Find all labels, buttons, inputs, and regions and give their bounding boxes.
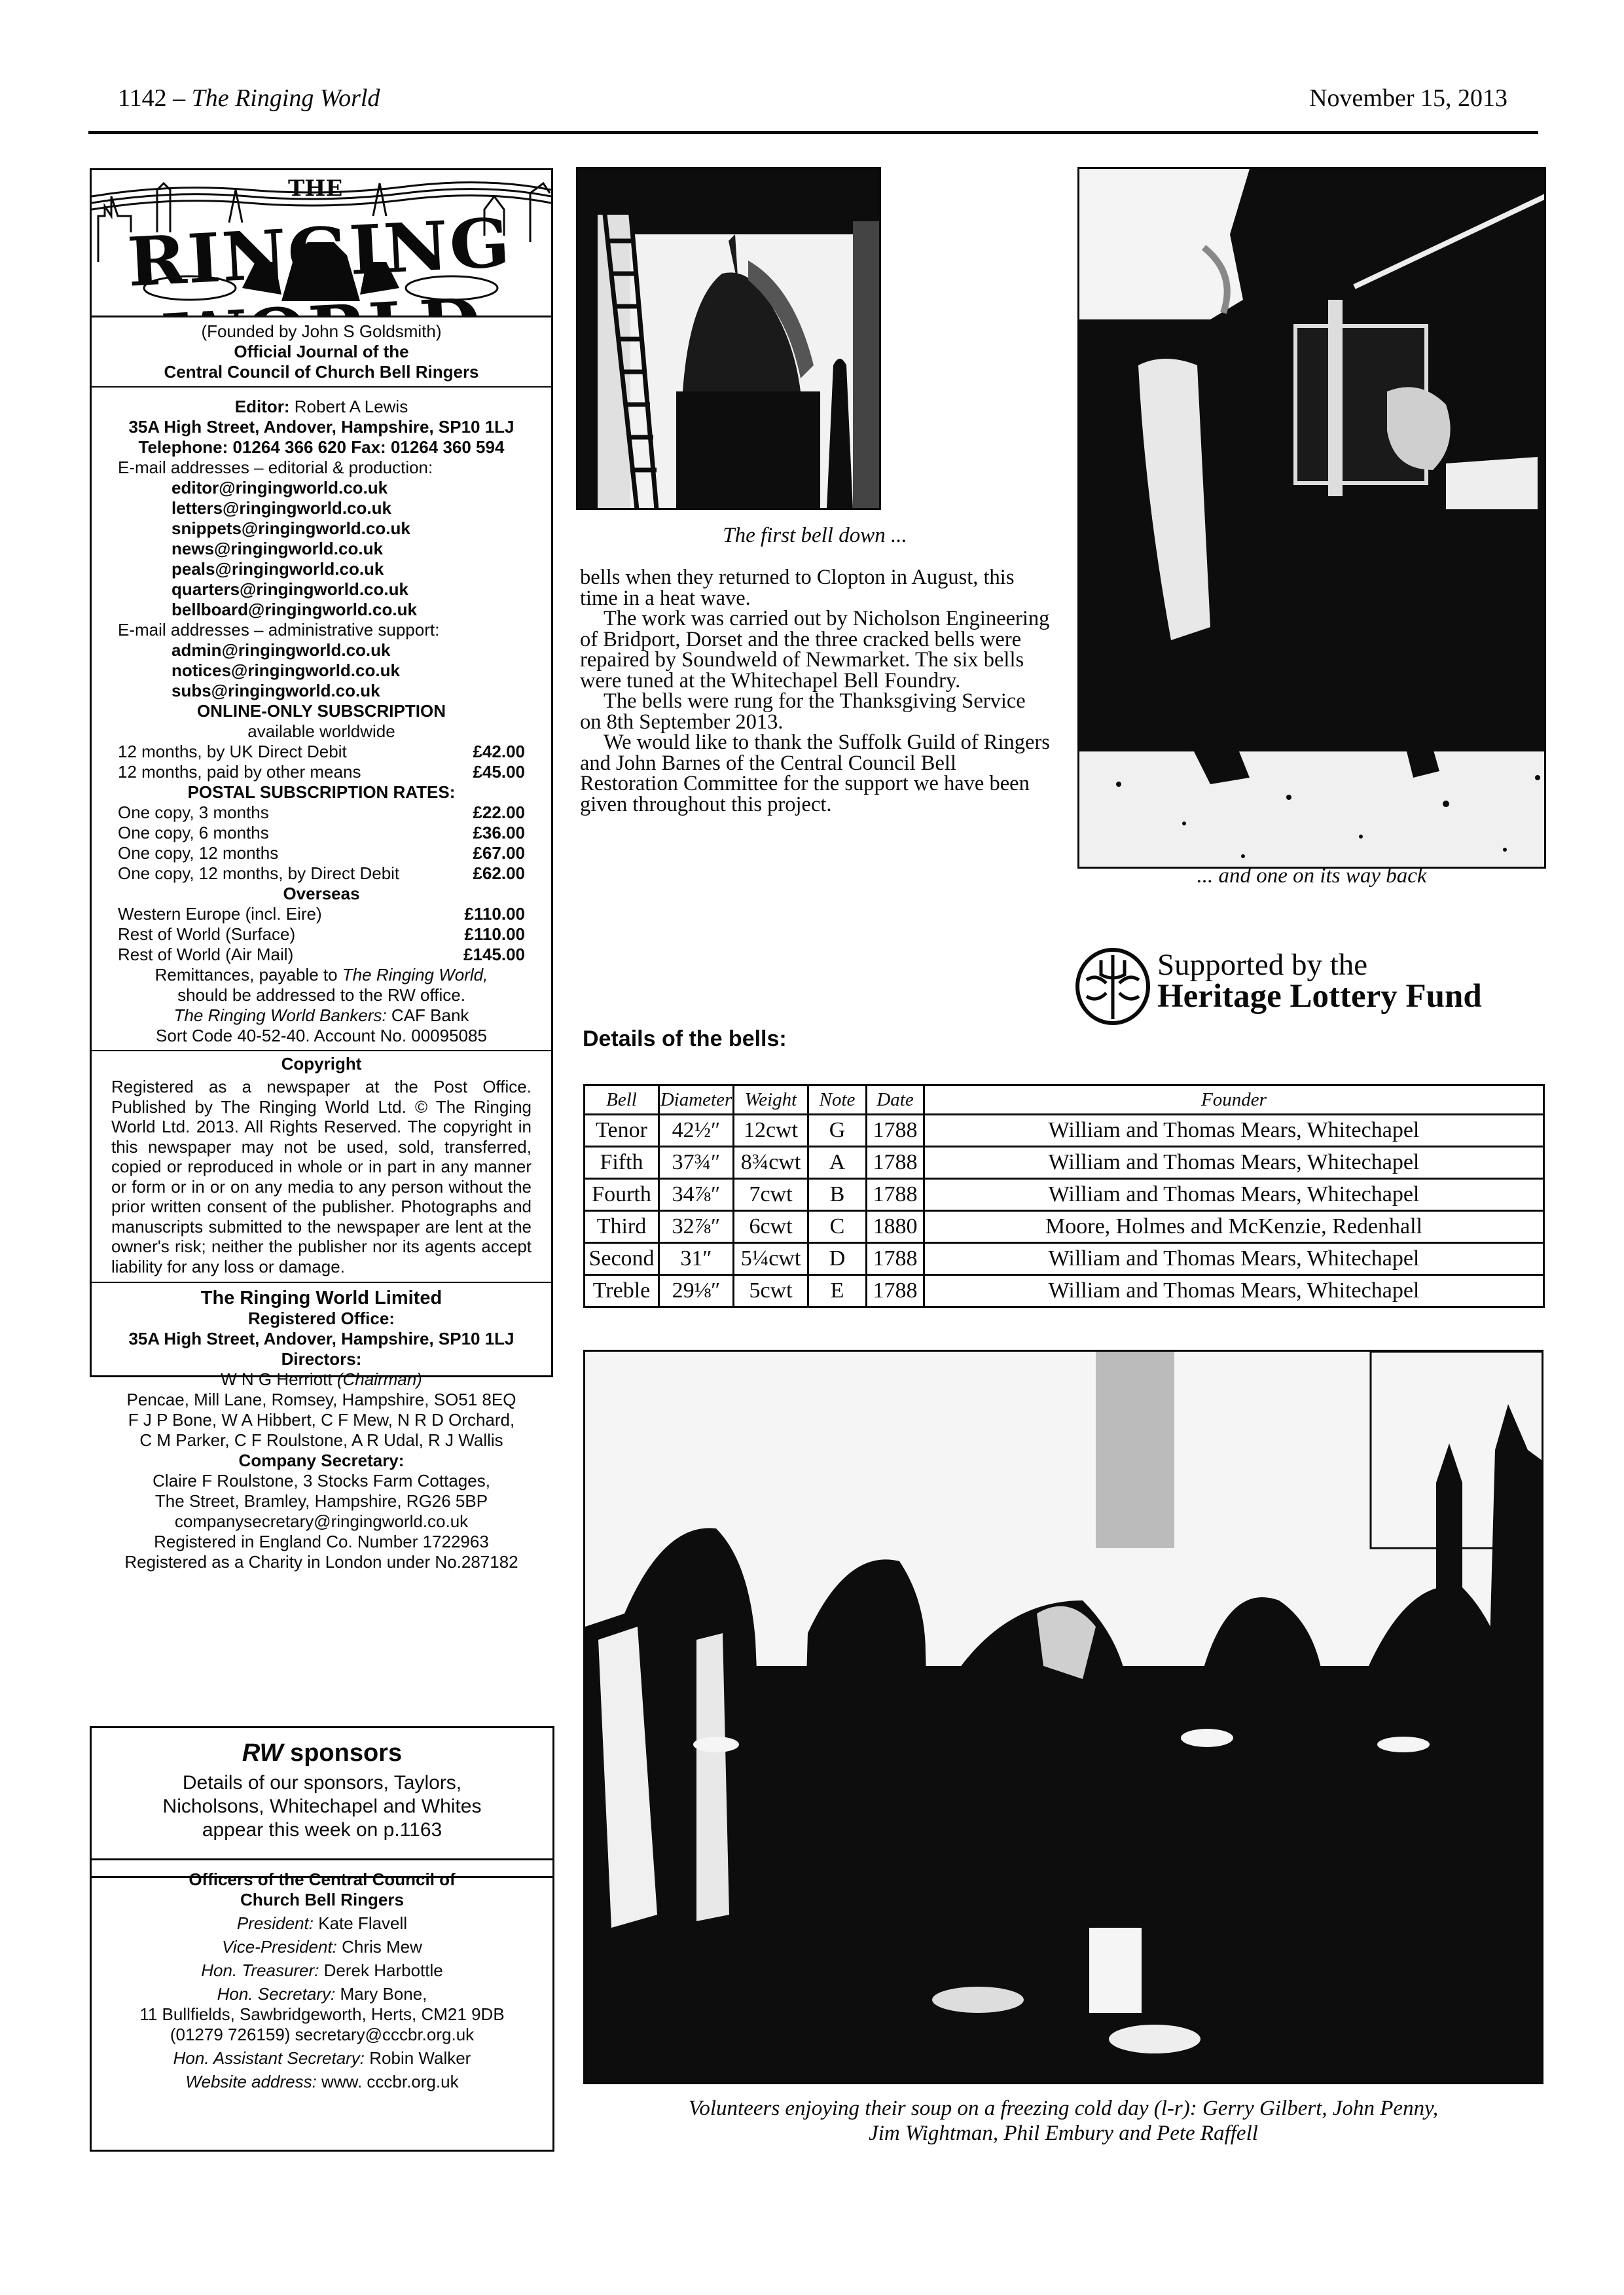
hlf-trident-emblem-icon — [1074, 947, 1152, 1026]
online-subscription-sub: available worldwide — [98, 721, 545, 742]
sponsors-line1: Details of our sponsors, Taylors, — [92, 1771, 552, 1795]
email-link[interactable]: peals@ringingworld.co.uk — [98, 559, 545, 579]
running-header-left: 1142 – The Ringing World — [118, 84, 380, 113]
caption-volunteers: Volunteers enjoying their soup on a free… — [583, 2096, 1543, 2146]
email-link[interactable]: admin@ringingworld.co.uk — [98, 640, 545, 660]
rate-row: One copy, 3 months£22.00 — [98, 803, 545, 823]
remittances-line2: should be addressed to the RW office. — [98, 985, 545, 1005]
company-section: The Ringing World Limited Registered Off… — [92, 1283, 551, 1576]
bells-table: Bell Diameter Weight Note Date Founder T… — [583, 1084, 1545, 1308]
overseas-heading: Overseas — [98, 884, 545, 904]
president-line: President: Kate Flavell — [92, 1913, 552, 1934]
treasurer-line: Hon. Treasurer: Derek Harbottle — [92, 1961, 552, 1981]
sort-code: Sort Code 40-52-40. Account No. 00095085 — [98, 1026, 545, 1046]
remittances-line1: Remittances, payable to The Ringing Worl… — [98, 965, 545, 985]
official-journal-line2: Central Council of Church Bell Ringers — [98, 362, 545, 382]
header-rule — [88, 131, 1538, 134]
company-secretary-line1: Claire F Roulstone, 3 Stocks Farm Cottag… — [98, 1471, 545, 1491]
editor-line: Editor: Robert A Lewis — [98, 397, 545, 417]
email-link[interactable]: letters@ringingworld.co.uk — [98, 498, 545, 518]
registered-office-label: Registered Office: — [98, 1309, 545, 1329]
rate-row: Rest of World (Air Mail)£145.00 — [98, 945, 545, 965]
logo-the-text: THE — [288, 175, 342, 202]
sponsors-title: RW sponsors — [92, 1741, 552, 1765]
secretary-line: Hon. Secretary: Mary Bone, — [92, 1984, 552, 2004]
hlf-fund-name: Heritage Lottery Fund — [1157, 977, 1482, 1015]
photo-volunteers-soup — [583, 1350, 1543, 2084]
company-secretary-line2: The Street, Bramley, Hampshire, RG26 5BP — [98, 1491, 545, 1511]
masthead-box: THE RINGING WORLD (Founded by John S Gol… — [90, 168, 553, 1377]
caption-bell-way-back: ... and one on its way back — [1077, 864, 1546, 888]
editorial-section: Editor: Robert A Lewis 35A High Street, … — [92, 388, 551, 1051]
rate-row: Western Europe (incl. Eire)£110.00 — [98, 904, 545, 924]
officers-heading-line1: Officers of the Central Council of — [92, 1870, 552, 1890]
rate-row: Rest of World (Surface)£110.00 — [98, 924, 545, 945]
table-row: Fourth34⅞″7cwtB1788William and Thomas Me… — [585, 1179, 1544, 1211]
officers-box: Officers of the Central Council of Churc… — [90, 1858, 554, 2152]
photo-first-bell-down — [576, 167, 881, 510]
table-header-row: Bell Diameter Weight Note Date Founder — [585, 1085, 1544, 1115]
rate-row: One copy, 12 months£67.00 — [98, 843, 545, 863]
email-link[interactable]: bellboard@ringingworld.co.uk — [98, 600, 545, 620]
website-line: Website address: www. cccbr.org.uk — [92, 2072, 552, 2092]
bankers-line: The Ringing World Bankers: CAF Bank — [98, 1005, 545, 1026]
article-paragraph: bells when they returned to Clopton in A… — [580, 568, 1051, 609]
directors-line2: C M Parker, C F Roulstone, A R Udal, R J… — [98, 1430, 545, 1451]
founded-by: (Founded by John S Goldsmith) — [98, 321, 545, 342]
email-link[interactable]: news@ringingworld.co.uk — [98, 539, 545, 559]
table-row: Second31″5¼cwtD1788William and Thomas Me… — [585, 1243, 1544, 1275]
company-secretary-label: Company Secretary: — [98, 1451, 545, 1471]
copyright-text: Registered as a newspaper at the Post Of… — [92, 1074, 551, 1282]
secretary-contact[interactable]: (01279 726159) secretary@cccbr.org.uk — [92, 2025, 552, 2045]
registered-office-address: 35A High Street, Andover, Hampshire, SP1… — [98, 1329, 545, 1349]
company-secretary-email[interactable]: companysecretary@ringingworld.co.uk — [98, 1511, 545, 1532]
volunteers-group-photo-icon — [585, 1352, 1543, 2084]
founding-section: (Founded by John S Goldsmith) Official J… — [92, 317, 551, 388]
sponsors-box: RW sponsors Details of our sponsors, Tay… — [90, 1726, 554, 1878]
publication-name: The Ringing World — [192, 84, 380, 112]
column-header: Weight — [734, 1085, 808, 1115]
column-header: Diameter — [659, 1085, 734, 1115]
admin-emails-label: E-mail addresses – administrative suppor… — [98, 620, 545, 640]
rate-row: 12 months, by UK Direct Debit£42.00 — [98, 742, 545, 762]
article-paragraph: The work was carried out by Nicholson En… — [580, 609, 1051, 691]
column-header: Note — [808, 1085, 867, 1115]
registration-england: Registered in England Co. Number 1722963 — [98, 1532, 545, 1552]
vice-president-line: Vice-President: Chris Mew — [92, 1937, 552, 1957]
chairman-line: W N G Herriott (Chairman) — [98, 1369, 545, 1390]
ringing-world-logo: THE RINGING WORLD — [92, 170, 551, 317]
rate-row: 12 months, paid by other means£45.00 — [98, 762, 545, 782]
rate-row: One copy, 12 months, by Direct Debit£62.… — [98, 863, 545, 884]
sponsors-line3: appear this week on p.1163 — [92, 1818, 552, 1842]
table-row: Tenor42½″12cwtG1788William and Thomas Me… — [585, 1115, 1544, 1147]
email-link[interactable]: snippets@ringingworld.co.uk — [98, 518, 545, 539]
article-paragraph: The bells were rung for the Thanksgiving… — [580, 691, 1051, 732]
directors-line1: F J P Bone, W A Hibbert, C F Mew, N R D … — [98, 1410, 545, 1430]
email-link[interactable]: quarters@ringingworld.co.uk — [98, 579, 545, 600]
column-header: Date — [867, 1085, 924, 1115]
postal-rates-heading: POSTAL SUBSCRIPTION RATES: — [98, 782, 545, 803]
table-row: Treble29⅛″5cwtE1788William and Thomas Me… — [585, 1275, 1544, 1307]
sponsors-line2: Nicholsons, Whitechapel and Whites — [92, 1795, 552, 1818]
email-link[interactable]: editor@ringingworld.co.uk — [98, 478, 545, 498]
copyright-section: Copyright Registered as a newspaper at t… — [92, 1051, 551, 1283]
email-link[interactable]: notices@ringingworld.co.uk — [98, 660, 545, 681]
table-row: Third32⅞″6cwtC1880Moore, Holmes and McKe… — [585, 1211, 1544, 1243]
copyright-heading: Copyright — [92, 1054, 551, 1074]
heritage-lottery-fund-logo: Supported by the Heritage Lottery Fund — [1074, 947, 1545, 1026]
editor-name: Robert A Lewis — [295, 397, 408, 416]
photo-bell-way-back — [1077, 167, 1546, 869]
caption-first-bell: The first bell down ... — [576, 524, 1054, 548]
rate-row: One copy, 6 months£36.00 — [98, 823, 545, 843]
editorial-emails-label: E-mail addresses – editorial & productio… — [98, 458, 545, 478]
email-link[interactable]: subs@ringingworld.co.uk — [98, 681, 545, 701]
assistant-secretary-line: Hon. Assistant Secretary: Robin Walker — [92, 2048, 552, 2069]
article-body: bells when they returned to Clopton in A… — [580, 568, 1051, 815]
editorial-telephone: Telephone: 01264 366 620 Fax: 01264 360 … — [98, 437, 545, 458]
directors-label: Directors: — [98, 1349, 545, 1369]
bell-lowering-photo-icon — [578, 169, 881, 510]
issue-date: November 15, 2013 — [1309, 84, 1507, 113]
secretary-address: 11 Bullfields, Sawbridgeworth, Herts, CM… — [92, 2004, 552, 2025]
editorial-address: 35A High Street, Andover, Hampshire, SP1… — [98, 417, 545, 437]
registration-charity: Registered as a Charity in London under … — [98, 1552, 545, 1572]
bells-table-heading: Details of the bells: — [583, 1026, 787, 1052]
page-number: 1142 — [118, 84, 167, 112]
column-header: Bell — [585, 1085, 659, 1115]
article-paragraph: We would like to thank the Suffolk Guild… — [580, 732, 1051, 815]
online-subscription-heading: ONLINE-ONLY SUBSCRIPTION — [98, 701, 545, 721]
table-row: Fifth37¾″8¾cwtA1788William and Thomas Me… — [585, 1147, 1544, 1179]
column-header: Founder — [924, 1085, 1544, 1115]
bell-returning-photo-icon — [1079, 169, 1546, 869]
official-journal-line1: Official Journal of the — [98, 342, 545, 362]
officers-heading-line2: Church Bell Ringers — [92, 1890, 552, 1910]
chairman-address: Pencae, Mill Lane, Romsey, Hampshire, SO… — [98, 1390, 545, 1410]
company-heading: The Ringing World Limited — [98, 1288, 545, 1309]
